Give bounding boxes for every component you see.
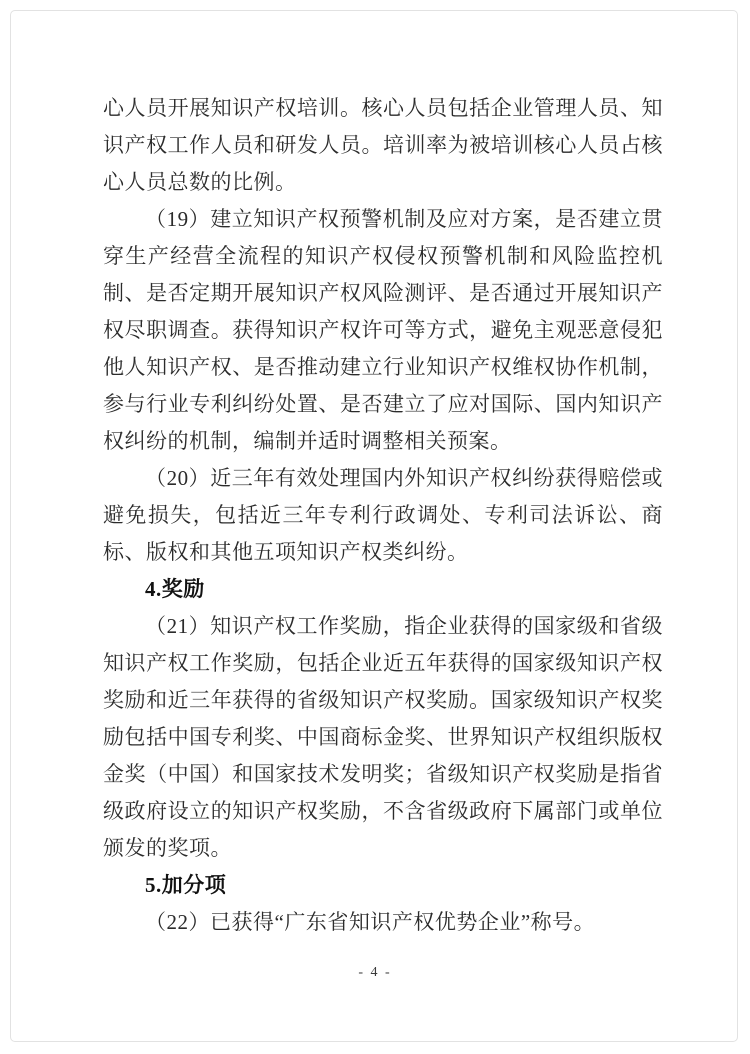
page-number: - 4 - <box>358 965 391 980</box>
paragraph: （21）知识产权工作奖励，指企业获得的国家级和省级知识产权工作奖励，包括企业近五… <box>103 608 663 867</box>
document-content: 心人员开展知识产权培训。核心人员包括企业管理人员、知识产权工作人员和研发人员。培… <box>103 90 663 941</box>
page-footer: - 4 - <box>0 963 750 983</box>
section-heading: 4.奖励 <box>103 571 663 608</box>
paragraph: 心人员开展知识产权培训。核心人员包括企业管理人员、知识产权工作人员和研发人员。培… <box>103 90 663 201</box>
document-page: 心人员开展知识产权培训。核心人员包括企业管理人员、知识产权工作人员和研发人员。培… <box>0 0 750 1054</box>
paragraph: （19）建立知识产权预警机制及应对方案，是否建立贯穿生产经营全流程的知识产权侵权… <box>103 201 663 460</box>
section-heading: 5.加分项 <box>103 867 663 904</box>
paragraph: （22）已获得“广东省知识产权优势企业”称号。 <box>103 904 663 941</box>
paragraph: （20）近三年有效处理国内外知识产权纠纷获得赔偿或避免损失，包括近三年专利行政调… <box>103 460 663 571</box>
